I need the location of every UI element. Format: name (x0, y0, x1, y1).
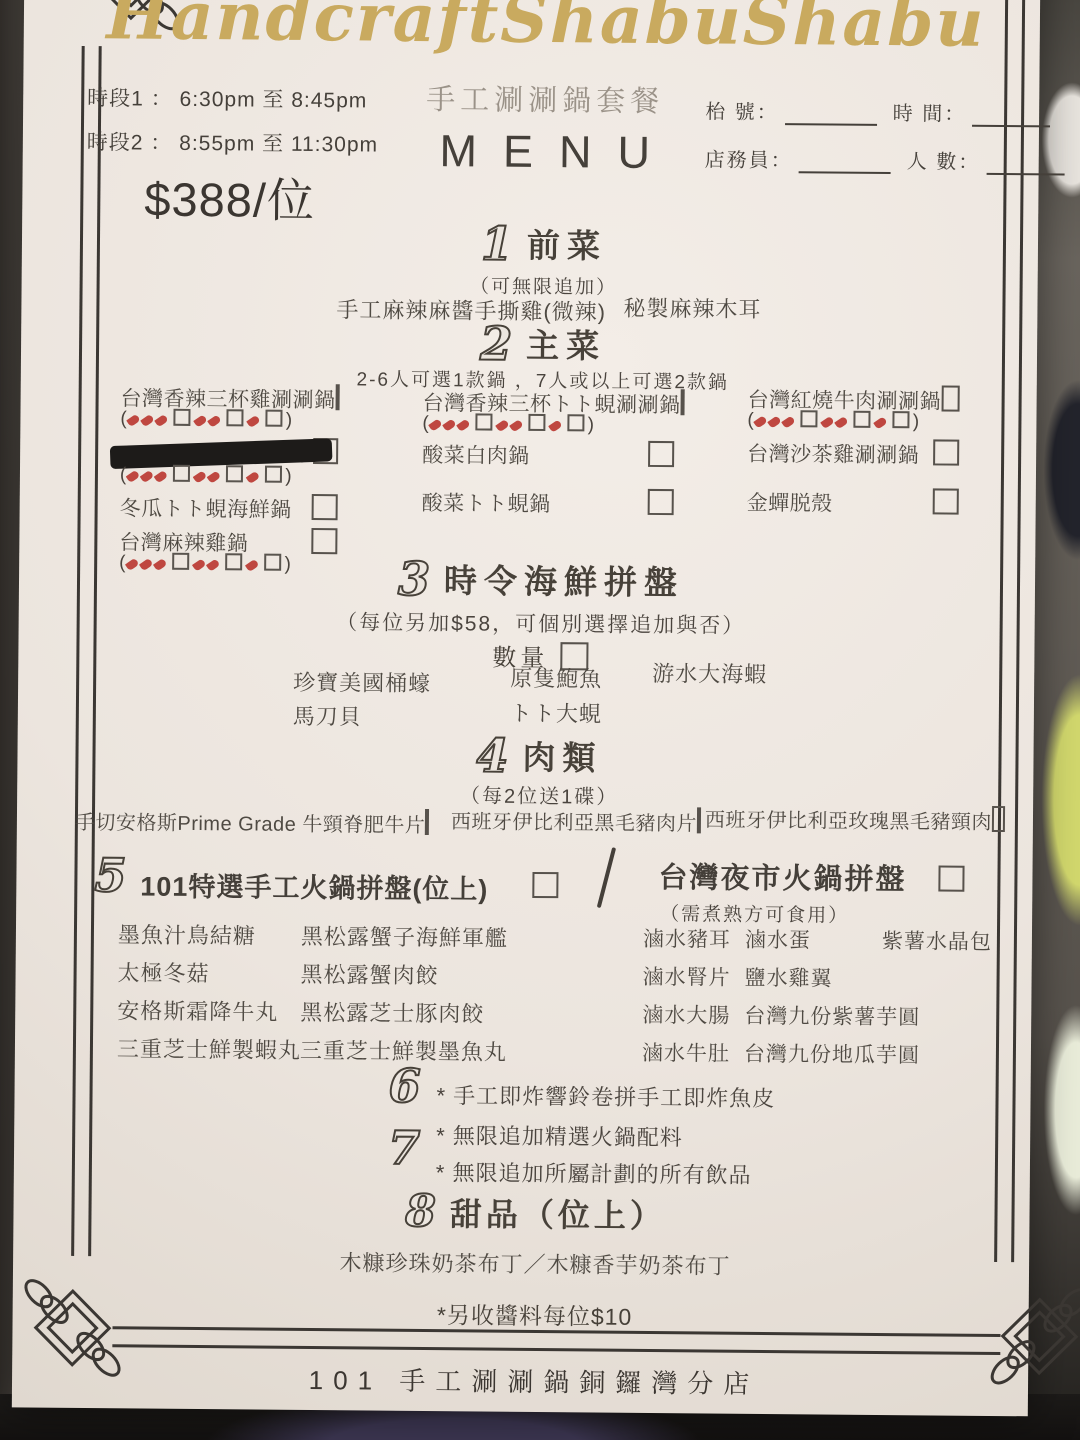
redacted-item: 海鮮鍋 (120, 436, 313, 465)
platter-item: 安格斯霜降牛丸 (117, 994, 278, 1026)
appetizer-item: 秘製麻辣木耳 (623, 292, 761, 324)
pot-checkbox[interactable] (680, 389, 684, 415)
platter-item: 滷水豬耳 (643, 923, 731, 954)
table-number-label: 枱 號： (705, 95, 779, 125)
chili-icon (140, 470, 154, 483)
menu-photo: HandcraftShabuShabu 時段1 ： 6:30pm 至 8:45p… (0, 0, 1080, 1440)
section-title: 前菜 (527, 220, 607, 268)
seafood-item: トト大蜆 (510, 697, 602, 729)
platter-checkbox[interactable] (532, 872, 558, 898)
platter-item: 黑松露蟹子海鮮軍艦 (301, 920, 508, 953)
chili-icon (835, 416, 849, 429)
server-field (799, 151, 891, 174)
pot-checkbox[interactable] (648, 489, 674, 515)
platter-checkbox[interactable] (938, 865, 964, 891)
section-4-header: 4 肉類 (0, 727, 1080, 783)
time-field (972, 105, 1050, 128)
platter-item: 黑松露蟹肉餃 (300, 958, 438, 990)
section-title: 甜品（位上） (450, 1189, 666, 1237)
platter-item: 滷水大腸 (642, 999, 730, 1030)
spice-level-checkbox[interactable] (173, 465, 190, 482)
platter-item: 台灣九份地瓜芋圓 (744, 1038, 920, 1070)
spice-level-checkbox[interactable] (476, 413, 493, 430)
chili-icon (754, 415, 768, 428)
pot-row: 酸菜白肉鍋 (422, 439, 674, 471)
headcount-label: 人 數： (907, 145, 981, 175)
spice-level-selector: () (422, 413, 594, 436)
section-number: 4 (476, 732, 508, 778)
seafood-item: 馬刀貝 (293, 700, 362, 732)
platter-item: 滷水牛肚 (642, 1037, 730, 1068)
platter-item: 紫薯水晶包 (882, 925, 992, 956)
pot-row: 酸菜トト蜆鍋 (422, 487, 674, 519)
platter-item: 鹽水雞翼 (744, 962, 832, 993)
section-number: 1 (481, 220, 513, 266)
pot-checkbox[interactable] (933, 439, 959, 465)
seafood-item: 原隻鮑魚 (510, 662, 602, 694)
section-number: 6 (388, 1063, 420, 1109)
platter-item: 台灣九份紫薯芋圓 (744, 1000, 920, 1032)
spice-level-checkbox[interactable] (893, 411, 910, 428)
spice-level-selector: () (747, 410, 919, 433)
pot-row: 冬瓜トト蜆海鮮鍋 (120, 492, 338, 524)
chili-icon (549, 419, 563, 432)
platter-item: 墨魚汁鳥結糖 (118, 918, 256, 950)
spice-level-checkbox[interactable] (266, 410, 283, 427)
platter-item: 黑松露芝士豚肉餃 (300, 996, 484, 1029)
section-title: 肉類 (522, 732, 602, 780)
chili-icon (207, 470, 221, 483)
chili-icon (443, 419, 457, 432)
meat-checkbox[interactable] (425, 809, 429, 835)
section-8-header: 8 甜品（位上） (0, 1185, 1076, 1240)
spice-level-checkbox[interactable] (226, 465, 243, 482)
seafood-item: 游水大海蝦 (652, 657, 767, 689)
spice-level-selector: () (120, 464, 292, 487)
spice-level-checkbox[interactable] (227, 409, 244, 426)
pot-row: 台灣沙茶雞涮涮鍋 (747, 438, 959, 470)
section-title: 主菜 (526, 320, 606, 368)
platter-item: 滷水腎片 (642, 961, 730, 992)
section-title: 時令海鮮拼盤 (444, 555, 684, 604)
chili-icon (141, 414, 155, 427)
platter-item: 三重芝士鮮製蝦丸 (117, 1032, 301, 1065)
section-number: 5 (94, 852, 126, 898)
brand-script-title: HandcraftShabuShabu (6, 0, 1080, 63)
night-market-platter-title: 台灣夜市火鍋拼盤 (658, 855, 906, 898)
meat-row: 西班牙伊比利亞玫瑰黑毛豬頸肉 (705, 803, 1005, 835)
meat-checkbox[interactable] (992, 806, 1005, 832)
chili-icon (768, 415, 782, 428)
time-label: 時 間： (893, 97, 967, 127)
pot-checkbox[interactable] (933, 488, 959, 514)
chili-icon (247, 415, 261, 428)
signature-platter-title: 101特選手工火鍋拼盤(位上) (140, 865, 488, 907)
chili-icon (126, 470, 140, 483)
included-item: * 無限追加精選火鍋配料 (436, 1119, 683, 1152)
pot-checkbox[interactable] (311, 528, 337, 554)
spice-level-checkbox[interactable] (854, 411, 871, 428)
pot-row-redacted: 海鮮鍋 (120, 436, 338, 465)
section-number: 7 (388, 1125, 420, 1171)
pot-checkbox[interactable] (648, 441, 674, 467)
pot-row: 金蟬脱殼 (747, 487, 959, 519)
server-label: 店務員： (705, 143, 793, 173)
chili-icon (510, 419, 524, 432)
table-number-field (785, 103, 877, 126)
section-number: 2 (480, 320, 512, 366)
chili-icon (246, 471, 260, 484)
pot-checkbox[interactable] (312, 494, 338, 520)
spice-level-selector: () (120, 408, 292, 431)
chili-icon (457, 419, 471, 432)
pot-checkbox[interactable] (336, 384, 340, 410)
chili-icon (496, 419, 510, 432)
meat-checkbox[interactable] (697, 807, 701, 833)
section-1-header: 1 前菜 (4, 215, 1080, 271)
chili-icon (874, 416, 888, 429)
included-item: * 無限追加所屬計劃的所有飲品 (436, 1156, 752, 1190)
spice-level-checkbox[interactable] (174, 409, 191, 426)
chili-icon (782, 415, 796, 428)
section-3-header: 3 時令海鮮拼盤 (1, 551, 1080, 607)
platter-item: 太極冬菇 (117, 956, 209, 988)
spice-level-checkbox[interactable] (568, 414, 585, 431)
included-item: * 手工即炸響鈴卷拼手工即炸魚皮 (436, 1079, 775, 1113)
meat-row: 手切安格斯Prime Grade 牛頸脊肥牛片 (75, 806, 423, 838)
chili-icon (154, 470, 168, 483)
seafood-item: 珍寶美國桶蠔 (293, 666, 431, 698)
platter-item: 滷水蛋 (745, 924, 811, 955)
chili-icon (208, 414, 222, 427)
headcount-field (986, 153, 1064, 176)
fill-in-row-1: 枱 號： 時 間： (705, 95, 1050, 127)
section-number: 8 (405, 1190, 436, 1234)
pot-checkbox[interactable] (941, 385, 960, 411)
chili-icon (429, 418, 443, 431)
spice-level-checkbox[interactable] (801, 410, 818, 427)
chili-icon (821, 416, 835, 429)
meat-row: 西班牙伊比利亞黑毛豬肉片 (451, 805, 691, 836)
fill-in-row-2: 店務員： 人 數： (705, 143, 1065, 175)
chili-icon (127, 414, 141, 427)
chili-icon (194, 414, 208, 427)
spice-level-checkbox[interactable] (529, 414, 546, 431)
section-number: 3 (398, 555, 430, 601)
chili-icon (193, 470, 207, 483)
chili-icon (155, 414, 169, 427)
spice-level-checkbox[interactable] (265, 466, 282, 483)
